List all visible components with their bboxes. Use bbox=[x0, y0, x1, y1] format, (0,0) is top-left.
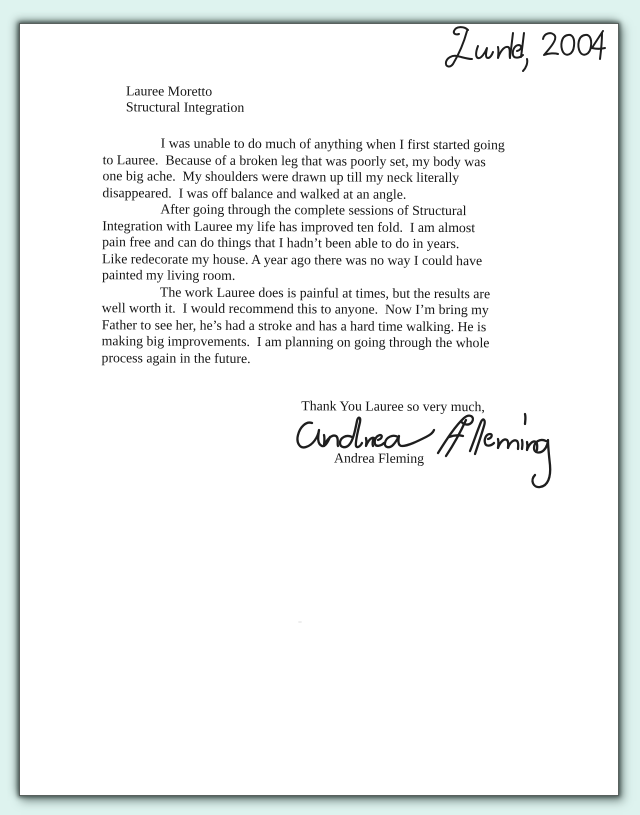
handwritten-signature bbox=[296, 411, 554, 491]
letter-line: After going through the complete session… bbox=[102, 201, 572, 220]
recipient-org: Structural Integration bbox=[126, 99, 244, 115]
letter-line: pain free and can do things that I hadn’… bbox=[102, 234, 572, 253]
letter-paragraph: The work Lauree does is painful at times… bbox=[102, 284, 572, 369]
letter-page: Lauree Moretto Structural Integration I … bbox=[19, 23, 619, 796]
letter-body: I was unable to do much of anything when… bbox=[102, 135, 573, 368]
recipient-name: Lauree Moretto bbox=[126, 83, 244, 99]
letter-line: painted my living room. bbox=[102, 267, 572, 286]
scan-background: { "colors": { "background": "#def3ef", "… bbox=[0, 0, 640, 815]
letter-line: process again in the future. bbox=[102, 350, 572, 369]
letter-line: one big ache. My shoulders were drawn up… bbox=[102, 168, 572, 187]
recipient-block: Lauree Moretto Structural Integration bbox=[126, 83, 245, 115]
letter-line: making big improvements. I am planning o… bbox=[102, 333, 572, 352]
scan-speck bbox=[298, 621, 302, 623]
letter-line: I was unable to do much of anything when… bbox=[103, 135, 573, 154]
letter-line: well worth it. I would recommend this to… bbox=[102, 300, 572, 319]
letter-paragraph: I was unable to do much of anything when… bbox=[102, 135, 572, 203]
letter-paragraph: After going through the complete session… bbox=[102, 201, 572, 286]
